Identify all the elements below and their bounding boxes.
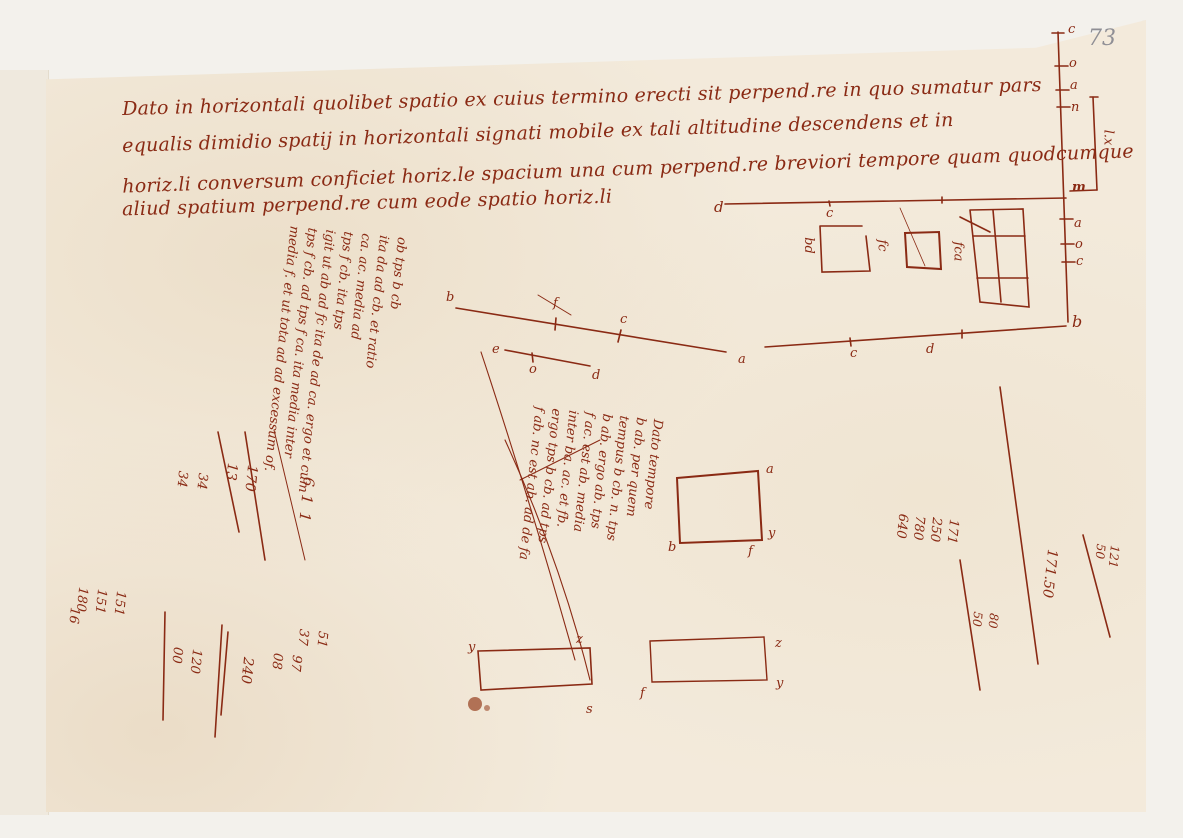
- axis-label-o2: o: [1075, 237, 1083, 252]
- axis-label-m: m: [1072, 180, 1086, 195]
- calc-value: 34: [190, 472, 212, 491]
- calc-value: 51: [311, 630, 332, 648]
- fig-label-bd: bd: [801, 237, 816, 254]
- axis-label-a2: a: [1074, 216, 1082, 231]
- rect3-label-z: z: [576, 632, 583, 647]
- calc-value: 170: [239, 464, 262, 493]
- calc-value: 50: [969, 611, 987, 628]
- calc-right-d: 121 50: [1092, 543, 1122, 569]
- calc-value: 1: [296, 494, 316, 513]
- fig-label-c: c: [826, 206, 833, 221]
- calc-value: 780: [909, 515, 929, 541]
- rect2-label-f: f: [640, 686, 645, 701]
- diag-label-e: e: [492, 342, 500, 357]
- rect1-label-y: y: [768, 526, 775, 541]
- calc-value: 6: [298, 476, 318, 495]
- axis-label-o: o: [1069, 56, 1077, 71]
- calc-value: 240: [237, 656, 256, 684]
- calc-value: 121: [1106, 545, 1122, 569]
- rect3-label-y: y: [468, 640, 475, 655]
- calc-value: 171: [942, 518, 962, 544]
- calc-right-b: 80 50: [969, 611, 1002, 630]
- fig-label-fc: fc: [875, 239, 890, 251]
- calc-120-block: 120 00: [166, 646, 206, 675]
- calc-170-13: 170 13: [219, 462, 262, 493]
- axis-side-note: l.x: [1100, 130, 1115, 146]
- rect1-label-f: f: [748, 544, 753, 559]
- line-label-d: d: [714, 198, 724, 216]
- calc-value: 37: [292, 628, 313, 646]
- diag-label-f: f: [553, 296, 558, 311]
- axis-label-a: a: [1070, 78, 1078, 93]
- calc-value: 16: [65, 606, 82, 624]
- calc-value: 151: [90, 588, 111, 615]
- diag-label-o: o: [529, 362, 537, 377]
- calc-51-block: 51 37: [292, 628, 332, 648]
- calc-value: 1: [295, 511, 315, 530]
- calc-240: 240: [237, 656, 256, 684]
- diag-label-d: d: [592, 368, 600, 383]
- rect1-label-a: a: [766, 462, 774, 477]
- diag-label-c: c: [620, 312, 627, 327]
- axis-label-c2: c: [1076, 254, 1083, 269]
- diag-label-b: b: [446, 290, 454, 305]
- calc-value: 640: [892, 513, 912, 539]
- axis-label-c: c: [1068, 22, 1075, 37]
- calc-value: 80: [984, 612, 1002, 629]
- rect2-label-z: z: [775, 636, 782, 651]
- axis-label-n: n: [1071, 100, 1079, 115]
- calc-value: 151: [109, 590, 130, 617]
- axis-label-b: b: [1072, 312, 1082, 331]
- diag-label-a: a: [738, 352, 746, 367]
- rect2-label-y: y: [776, 676, 783, 691]
- calc-value: 97: [285, 654, 306, 672]
- fig-label-fca: fca: [950, 242, 965, 262]
- fig-label-c-bottom: c: [850, 346, 857, 361]
- calc-value: 34: [170, 470, 192, 489]
- central-note: Dato tempore b ab. per quem tempus b cb.…: [515, 406, 666, 573]
- rect3-label-s: s: [586, 702, 593, 717]
- calc-value: 250: [926, 516, 946, 542]
- calc-value: 08: [266, 652, 287, 670]
- rect1-label-b: b: [668, 540, 676, 555]
- calc-value: 120: [185, 648, 206, 675]
- fig-label-d-bottom: d: [926, 342, 934, 357]
- calc-16: 16: [65, 606, 82, 624]
